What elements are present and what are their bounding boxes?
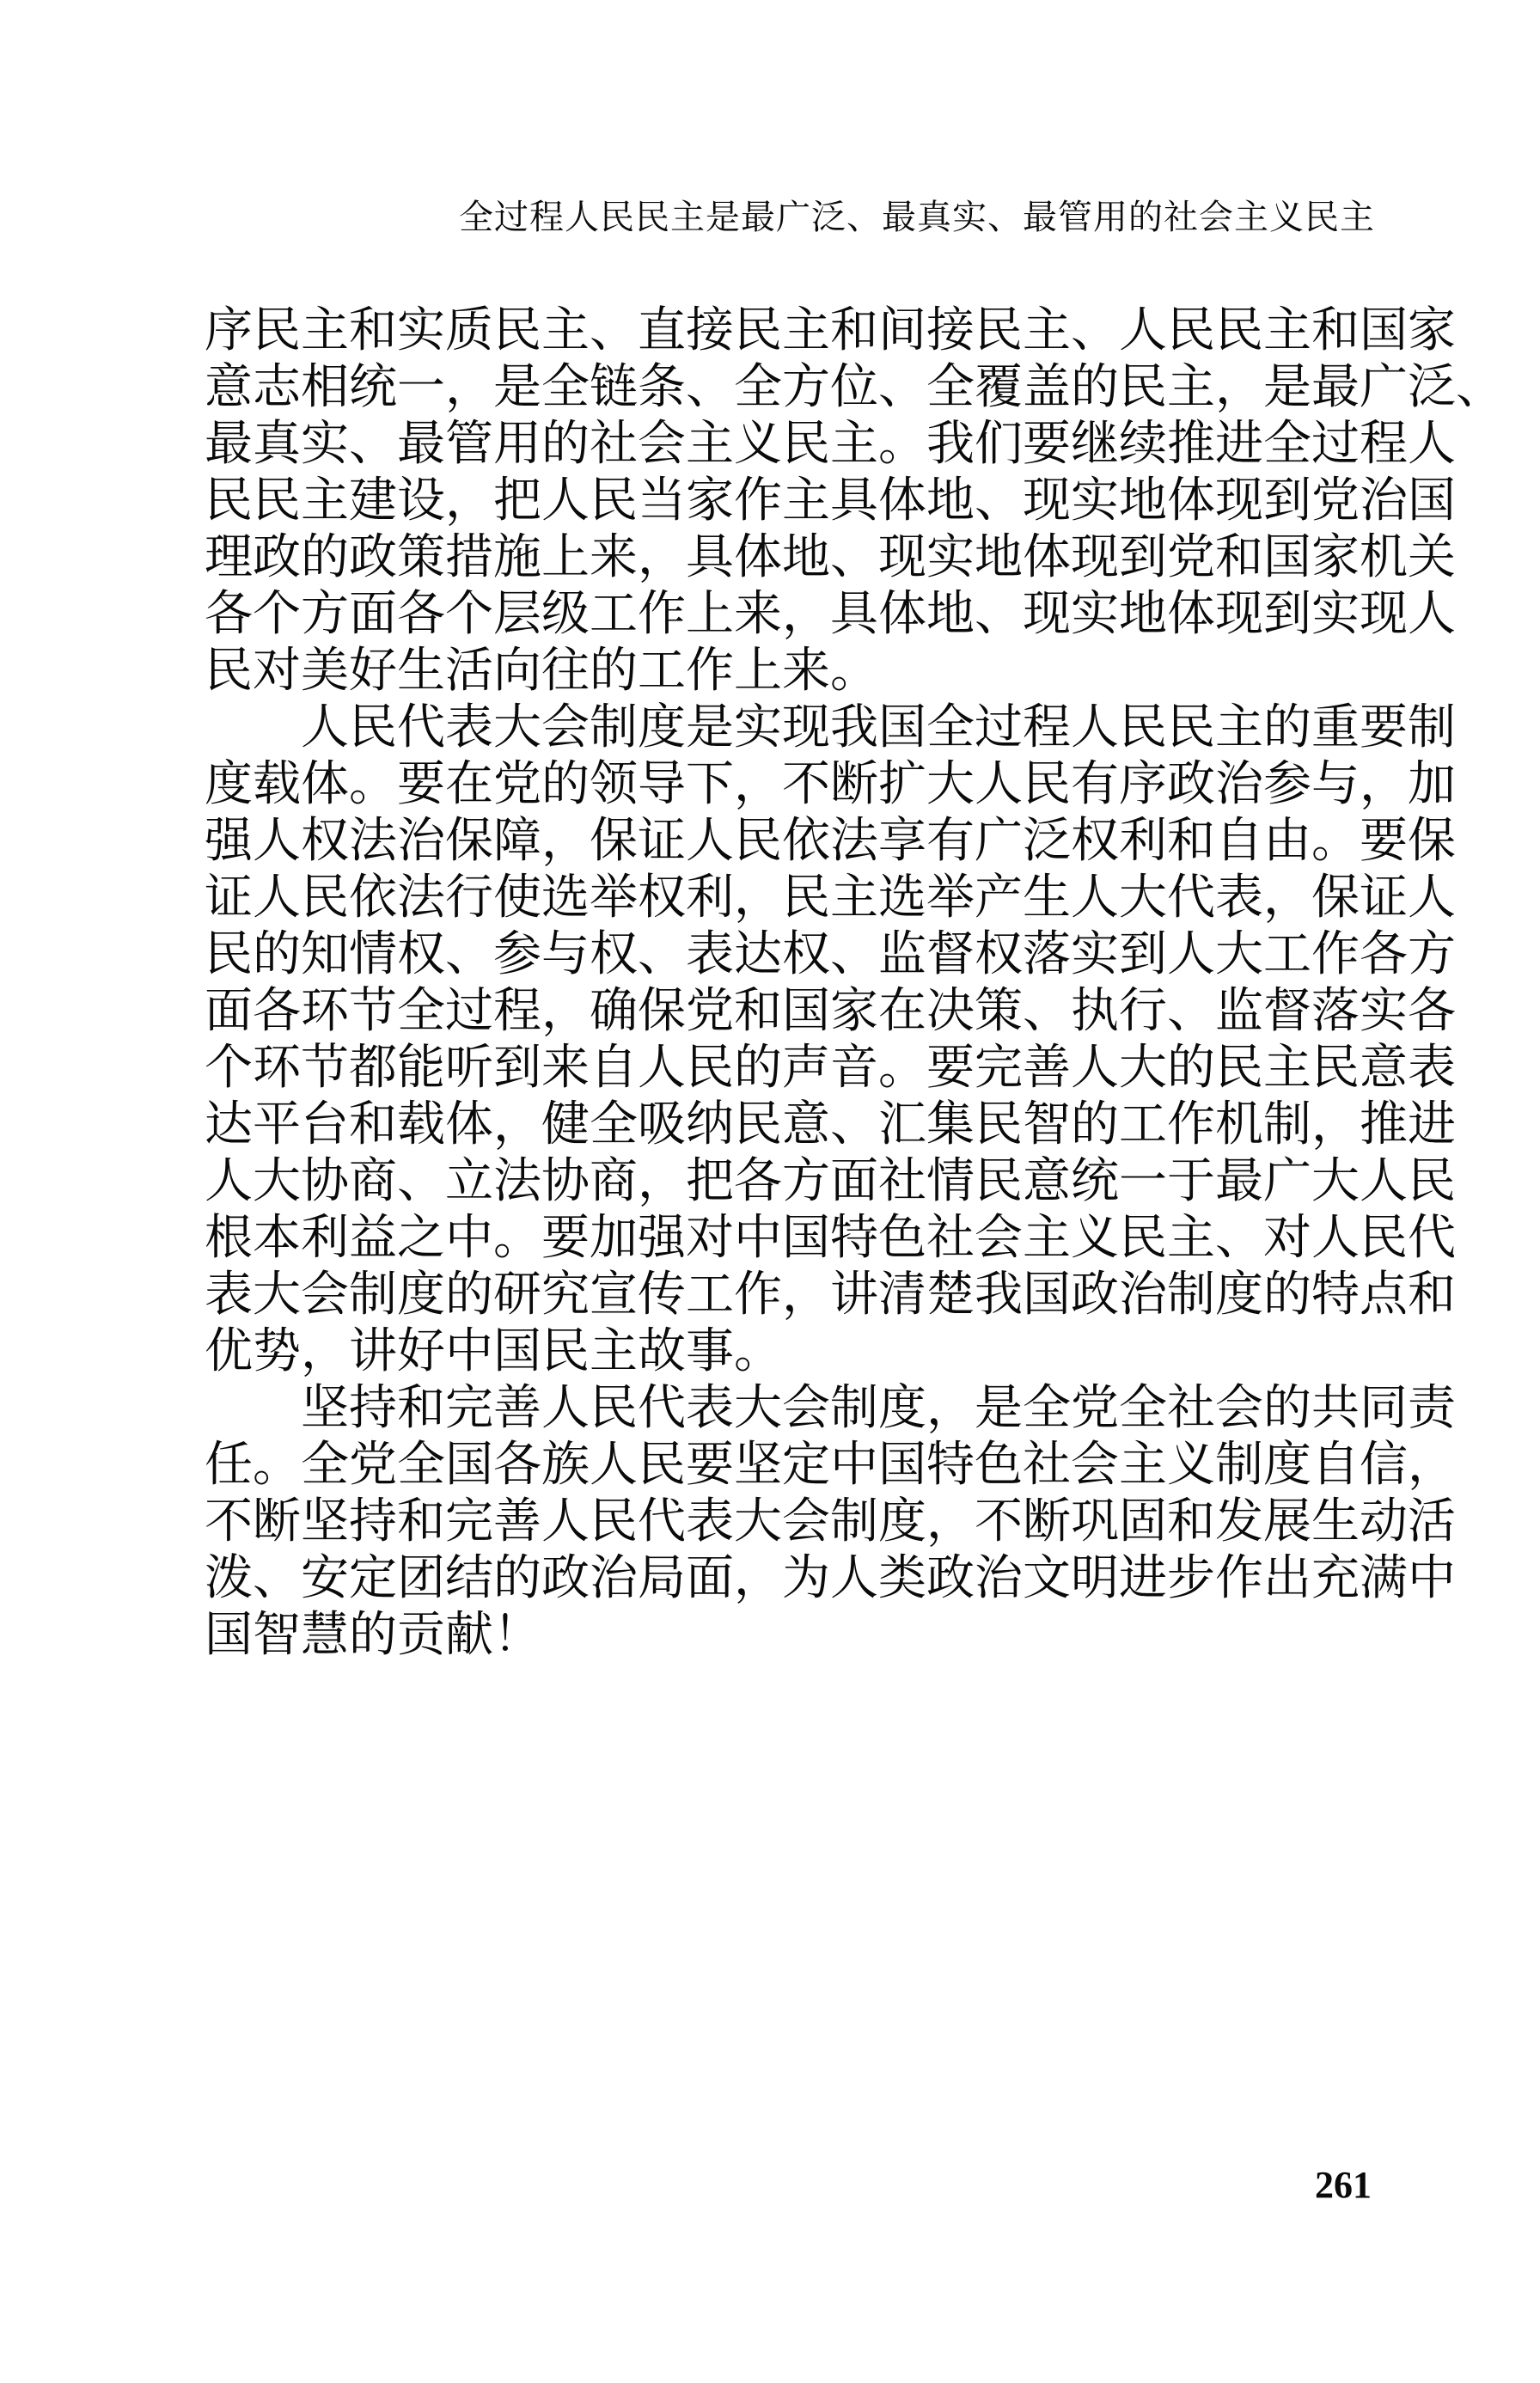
text-line: 面各环节全过程，确保党和国家在决策、执行、监督落实各 — [205, 983, 1370, 1040]
text-line: 各个方面各个层级工作上来，具体地、现实地体现到实现人 — [205, 586, 1370, 643]
text-line: 民民主建设，把人民当家作主具体地、现实地体现到党治国 — [205, 473, 1370, 529]
paragraph-2: 人民代表大会制度是实现我国全过程人民民主的重要制 度载体。要在党的领导下，不断扩… — [205, 700, 1370, 1380]
text-line: 证人民依法行使选举权利，民主选举产生人大代表，保证人 — [205, 870, 1370, 926]
text-line: 不断坚持和完善人民代表大会制度，不断巩固和发展生动活 — [205, 1494, 1370, 1550]
text-line: 国智慧的贡献！ — [205, 1607, 1370, 1664]
text-line: 表大会制度的研究宣传工作，讲清楚我国政治制度的特点和 — [205, 1267, 1370, 1323]
running-head-title: 全过程人民民主是最广泛、最真实、最管用的社会主义民主 — [459, 196, 1375, 239]
text-line: 优势，讲好中国民主故事。 — [205, 1323, 1370, 1380]
text-line: 强人权法治保障，保证人民依法享有广泛权利和自由。要保 — [205, 813, 1370, 870]
body-text: 序民主和实质民主、直接民主和间接民主、人民民主和国家 意志相统一，是全链条、全方… — [205, 302, 1370, 1664]
text-line: 个环节都能听到来自人民的声音。要完善人大的民主民意表 — [205, 1040, 1370, 1097]
paragraph-1: 序民主和实质民主、直接民主和间接民主、人民民主和国家 意志相统一，是全链条、全方… — [205, 302, 1370, 700]
text-line: 坚持和完善人民代表大会制度，是全党全社会的共同责 — [205, 1380, 1370, 1437]
text-line: 人大协商、立法协商，把各方面社情民意统一于最广大人民 — [205, 1153, 1370, 1210]
text-line: 民的知情权、参与权、表达权、监督权落实到人大工作各方 — [205, 926, 1370, 983]
text-line: 理政的政策措施上来，具体地、现实地体现到党和国家机关 — [205, 529, 1370, 586]
text-line: 度载体。要在党的领导下，不断扩大人民有序政治参与，加 — [205, 756, 1370, 813]
text-line: 任。全党全国各族人民要坚定中国特色社会主义制度自信， — [205, 1437, 1370, 1494]
paragraph-3: 坚持和完善人民代表大会制度，是全党全社会的共同责 任。全党全国各族人民要坚定中国… — [205, 1380, 1370, 1664]
text-line: 最真实、最管用的社会主义民主。我们要继续推进全过程人 — [205, 416, 1370, 473]
text-line: 序民主和实质民主、直接民主和间接民主、人民民主和国家 — [205, 302, 1370, 359]
text-line: 人民代表大会制度是实现我国全过程人民民主的重要制 — [205, 700, 1370, 756]
text-line: 意志相统一，是全链条、全方位、全覆盖的民主，是最广泛、 — [205, 359, 1370, 416]
text-line: 根本利益之中。要加强对中国特色社会主义民主、对人民代 — [205, 1210, 1370, 1267]
page-number: 261 — [1315, 2164, 1372, 2207]
text-line: 泼、安定团结的政治局面，为人类政治文明进步作出充满中 — [205, 1550, 1370, 1607]
text-line: 民对美好生活向往的工作上来。 — [205, 643, 1370, 700]
text-line: 达平台和载体，健全吸纳民意、汇集民智的工作机制，推进 — [205, 1097, 1370, 1153]
